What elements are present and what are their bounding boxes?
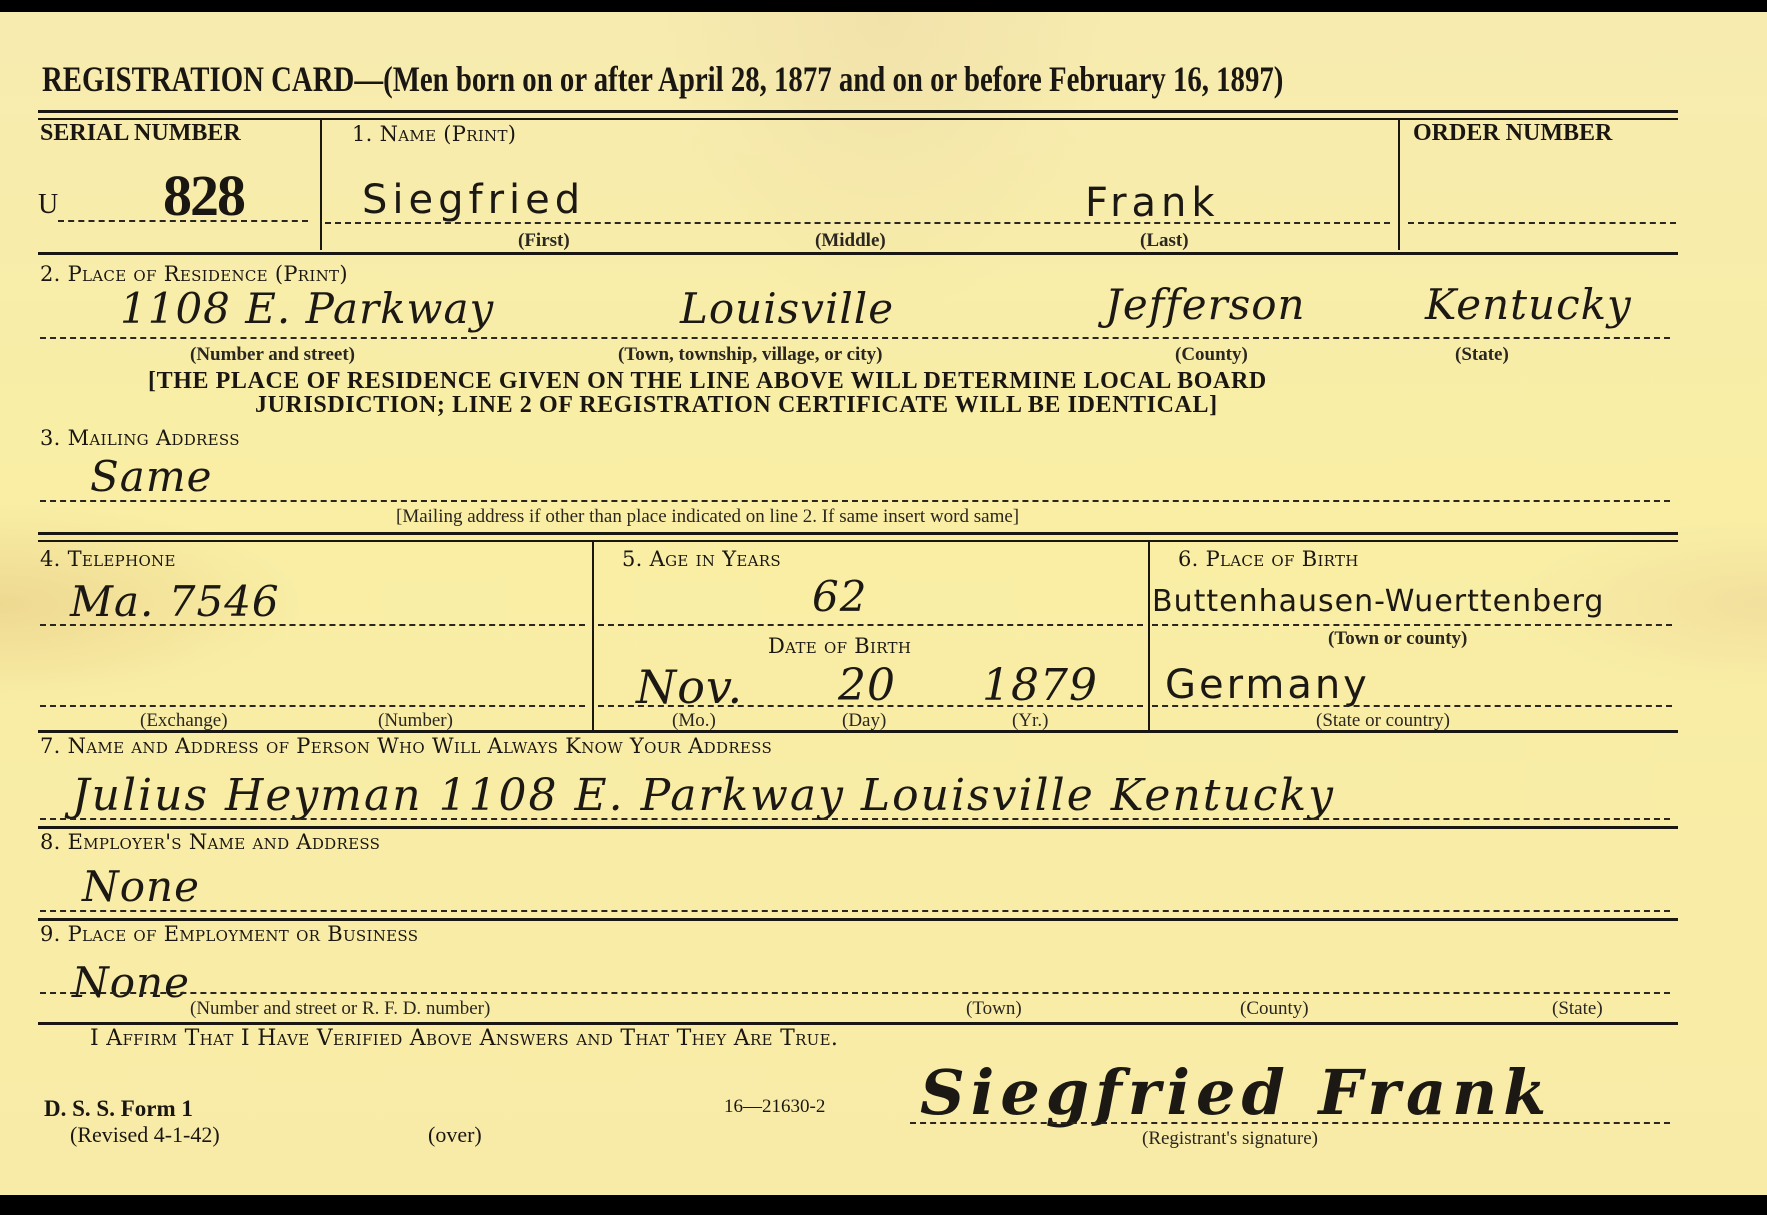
birthplace-country-value[interactable]: Germany xyxy=(1165,662,1370,708)
order-number-line[interactable] xyxy=(1408,222,1676,224)
order-divider xyxy=(1398,120,1400,250)
birthplace-town-line xyxy=(1152,624,1672,626)
middle-caption: (Middle) xyxy=(815,230,886,252)
residence-state-value[interactable]: Kentucky xyxy=(1425,280,1632,329)
age-value[interactable]: 62 xyxy=(812,572,867,621)
telephone-line-1 xyxy=(40,624,585,626)
signature-caption: (Registrant's signature) xyxy=(1142,1128,1318,1150)
number-caption: (Number) xyxy=(378,710,453,732)
mailing-line xyxy=(40,500,1670,502)
top-rule xyxy=(38,110,1678,113)
jurisdiction-notice-1: [THE PLACE OF RESIDENCE GIVEN ON THE LIN… xyxy=(148,368,1267,395)
dob-year-value[interactable]: 1879 xyxy=(982,660,1098,711)
contact-line xyxy=(40,818,1670,820)
divider-4-5 xyxy=(592,542,594,730)
residence-street-value[interactable]: 1108 E. Parkway xyxy=(120,284,494,333)
employment-label: 9. Place of Employment or Business xyxy=(40,922,418,946)
last-name-value[interactable]: Frank xyxy=(1085,180,1220,226)
rule-after-contact xyxy=(38,826,1678,829)
card-title: REGISTRATION CARD—(Men born on or after … xyxy=(42,58,1283,100)
mailing-label: 3. Mailing Address xyxy=(40,426,240,450)
birthplace-label: 6. Place of Birth xyxy=(1178,547,1359,571)
exchange-caption: (Exchange) xyxy=(140,710,228,732)
day-caption: (Day) xyxy=(842,710,886,732)
employment-value[interactable]: None xyxy=(72,958,190,1007)
signature-value[interactable]: Siegfried Frank xyxy=(920,1056,1552,1129)
last-caption: (Last) xyxy=(1140,230,1189,252)
name-label: 1. Name (Print) xyxy=(352,122,516,146)
signature-line xyxy=(910,1122,1670,1124)
residence-county-value[interactable]: Jefferson xyxy=(1105,280,1306,329)
town-caption: (Town, township, village, or city) xyxy=(618,344,882,366)
year-caption: (Yr.) xyxy=(1012,710,1048,732)
divider-5-6 xyxy=(1148,542,1150,730)
dob-line xyxy=(598,705,1143,707)
rule-after-name xyxy=(38,252,1678,255)
affirmation-text: I Affirm That I Have Verified Above Answ… xyxy=(90,1026,838,1051)
employer-label: 8. Employer's Name and Address xyxy=(40,830,380,854)
mailing-value[interactable]: Same xyxy=(90,452,213,501)
print-code: 16—21630-2 xyxy=(724,1096,825,1118)
serial-prefix: U xyxy=(38,189,58,221)
employment-street-caption: (Number and street or R. F. D. number) xyxy=(190,998,490,1020)
rule-after-row-4 xyxy=(38,730,1678,733)
employer-value[interactable]: None xyxy=(82,862,200,911)
residence-label: 2. Place of Residence (Print) xyxy=(40,262,348,286)
age-line xyxy=(598,624,1143,626)
employment-state-caption: (State) xyxy=(1552,998,1603,1020)
serial-number-label: SERIAL NUMBER xyxy=(40,120,241,147)
serial-divider xyxy=(320,120,322,250)
birthplace-town-value[interactable]: Buttenhausen-Wuerttenberg xyxy=(1152,584,1604,619)
contact-label: 7. Name and Address of Person Who Will A… xyxy=(40,734,772,758)
telephone-value[interactable]: Ma. 7546 xyxy=(70,577,280,626)
telephone-line-2 xyxy=(40,705,585,707)
order-number-label: ORDER NUMBER xyxy=(1413,120,1612,147)
residence-town-value[interactable]: Louisville xyxy=(680,284,894,333)
dob-label: Date of Birth xyxy=(768,634,911,658)
state-or-country-caption: (State or country) xyxy=(1316,710,1450,732)
rule-after-mailing-2 xyxy=(38,540,1678,542)
county-caption: (County) xyxy=(1175,344,1248,366)
mailing-caption: [Mailing address if other than place ind… xyxy=(396,506,1019,528)
month-caption: (Mo.) xyxy=(672,710,716,732)
rule-after-employer xyxy=(38,918,1678,921)
employment-county-caption: (County) xyxy=(1240,998,1309,1020)
revised-date: (Revised 4-1-42) xyxy=(70,1122,220,1148)
first-caption: (First) xyxy=(518,230,570,252)
over-note: (over) xyxy=(428,1122,482,1148)
rule-after-employment xyxy=(38,1022,1678,1025)
residence-line xyxy=(40,337,1670,339)
state-caption: (State) xyxy=(1455,344,1509,366)
employment-town-caption: (Town) xyxy=(966,998,1022,1020)
contact-value[interactable]: Julius Heyman 1108 E. Parkway Louisville… xyxy=(72,770,1335,821)
first-name-value[interactable]: Siegfried xyxy=(362,177,585,223)
serial-number-value[interactable]: 828 xyxy=(163,162,244,229)
dob-day-value[interactable]: 20 xyxy=(838,660,896,711)
form-id: D. S. S. Form 1 xyxy=(44,1096,193,1122)
birthplace-country-line xyxy=(1152,705,1672,707)
rule-after-mailing-1 xyxy=(38,532,1678,535)
jurisdiction-notice-2: JURISDICTION; LINE 2 OF REGISTRATION CER… xyxy=(255,392,1218,419)
registration-card: REGISTRATION CARD—(Men born on or after … xyxy=(0,12,1767,1195)
street-caption: (Number and street) xyxy=(190,344,355,366)
town-or-county-caption: (Town or county) xyxy=(1328,628,1467,650)
telephone-label: 4. Telephone xyxy=(40,547,176,571)
employer-line xyxy=(40,910,1670,912)
age-label: 5. Age in Years xyxy=(622,547,781,571)
employment-line xyxy=(40,992,1670,994)
